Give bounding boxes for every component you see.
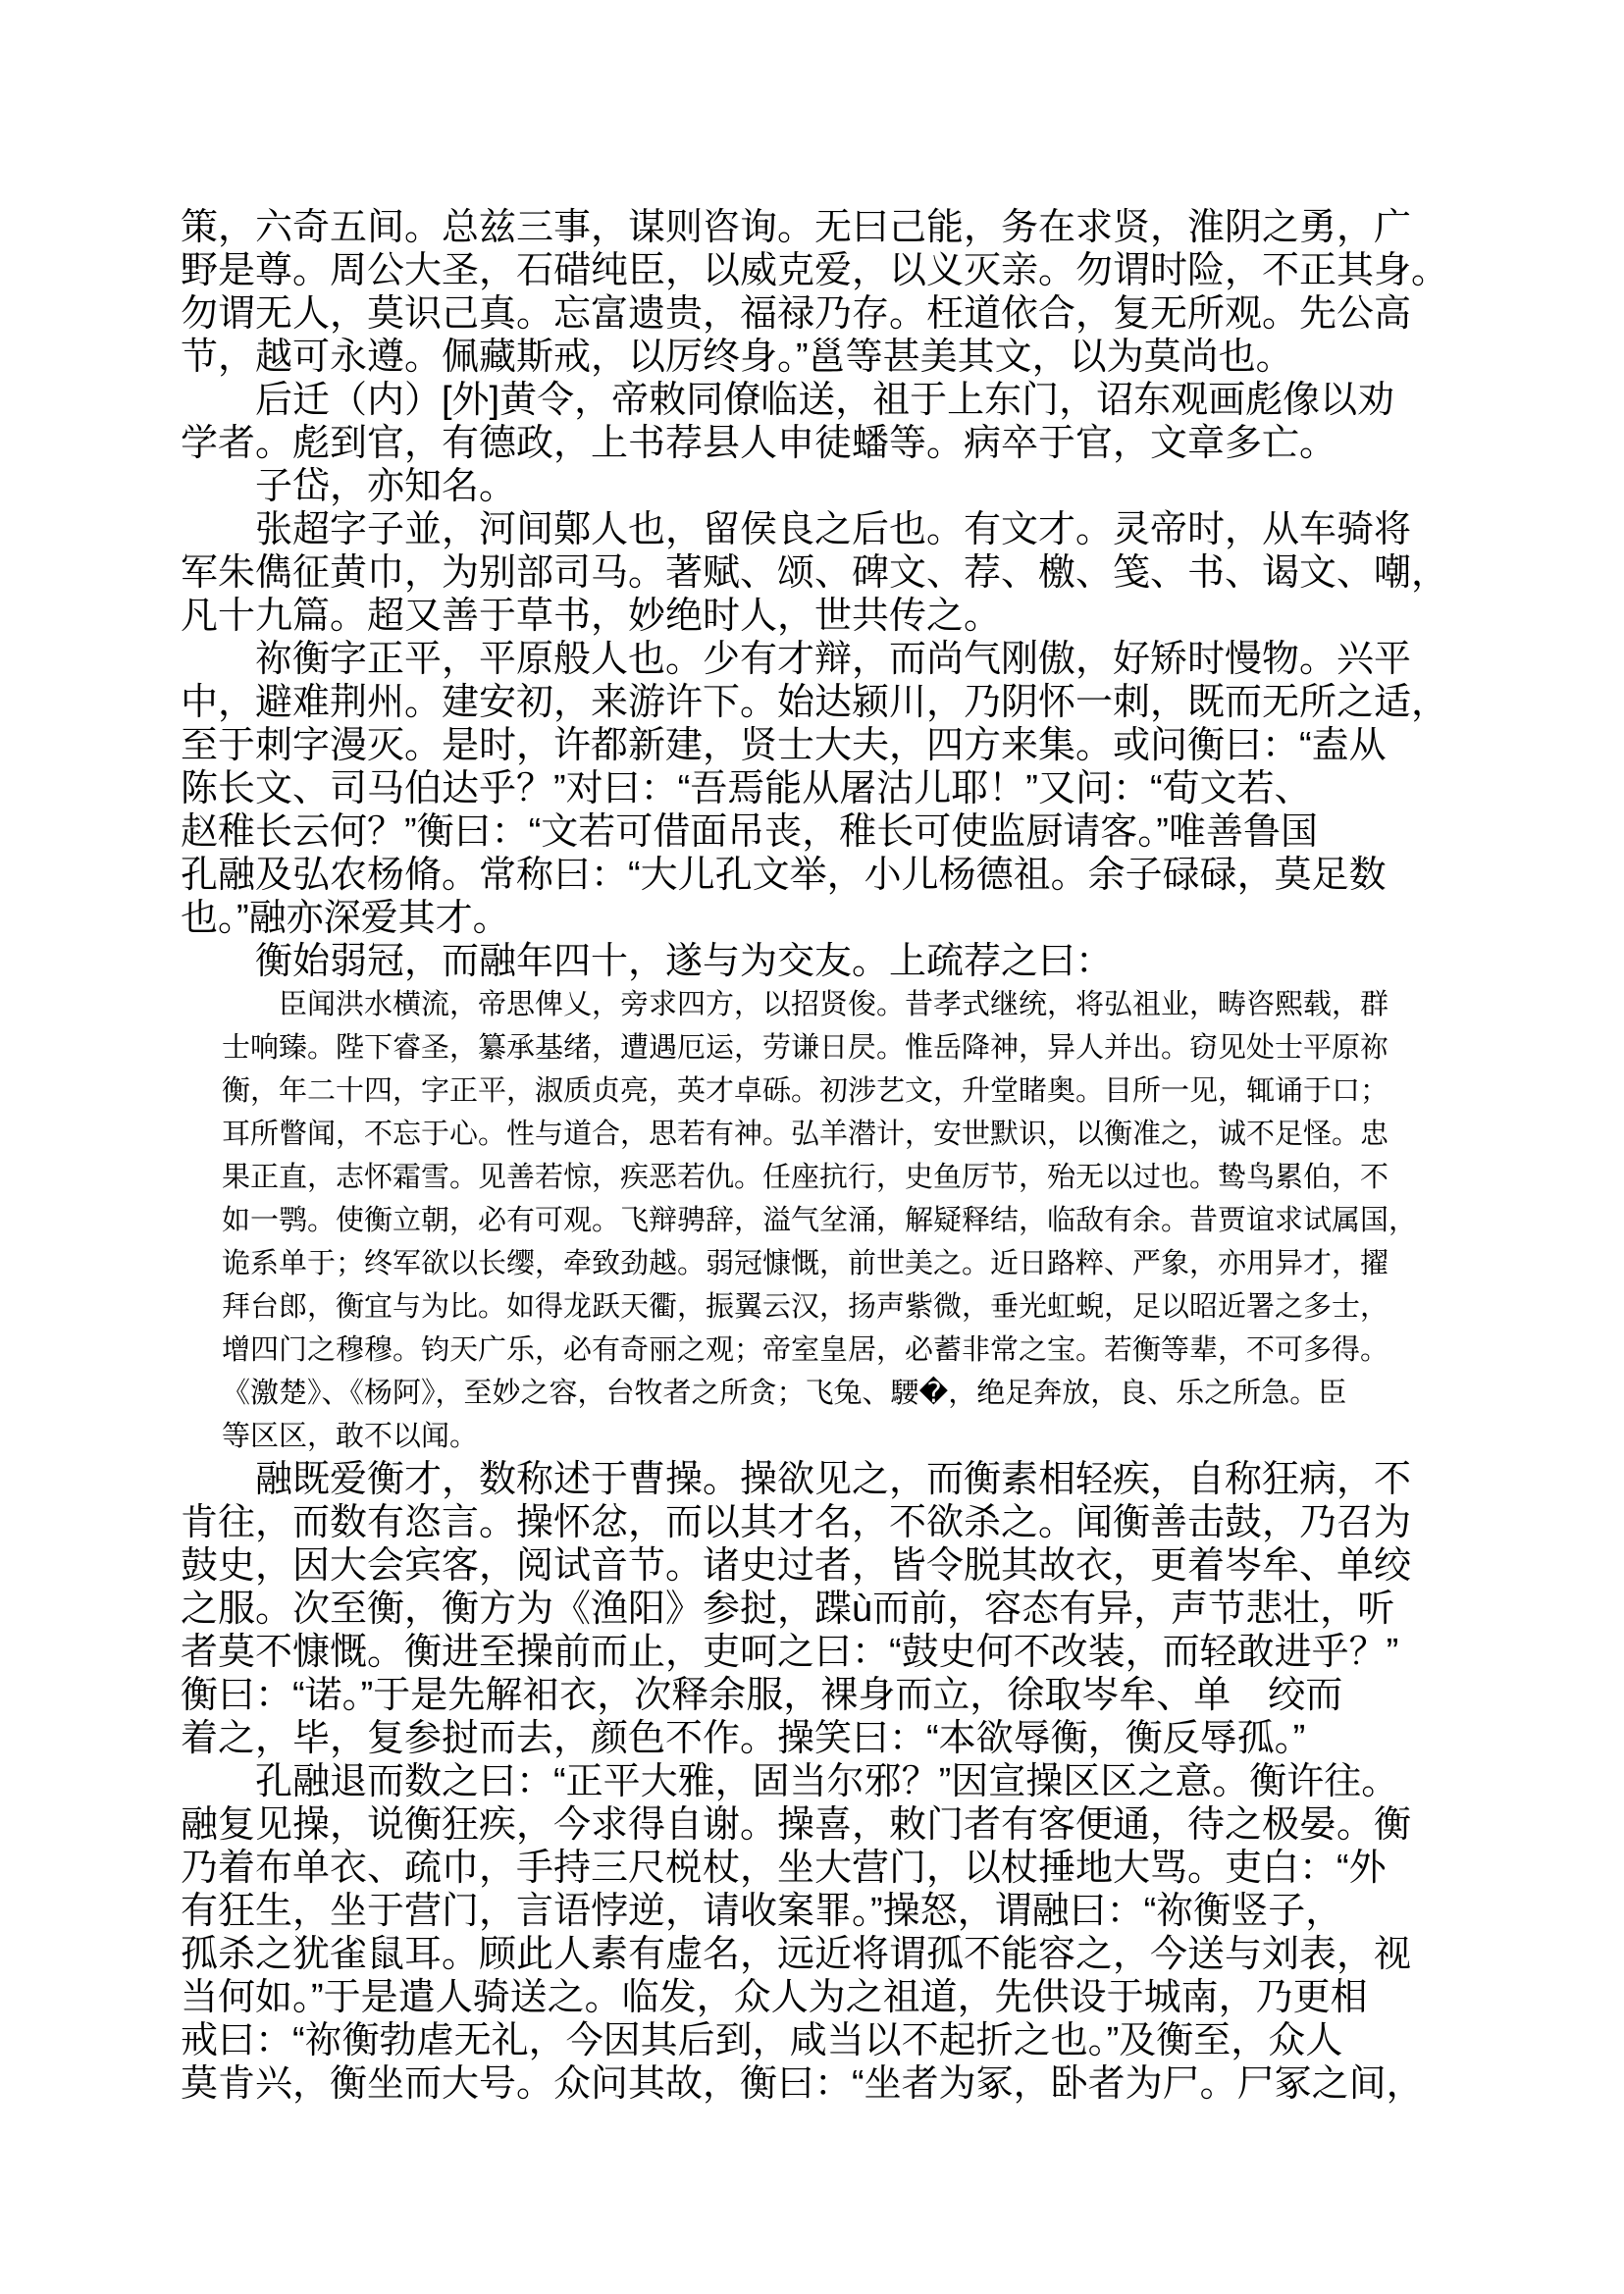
paragraph: 张超字子並，河间鄚人也，留侯良之后也。有文才。灵帝时，从车骑将军朱儁征黄巾，为别… xyxy=(181,508,1448,638)
text-line: 衡曰：“诺。”于是先解衵衣，次释余服，裸身而立，徐取岑牟、单 绞而 xyxy=(181,1674,1448,1717)
text-line: 野是尊。周公大圣，石碏纯臣，以威克爱，以义灭亲。勿谓时险，不正其身。 xyxy=(181,249,1448,292)
text-line: 也。”融亦深爱其才。 xyxy=(181,897,1448,940)
text-line: 孔融退而数之曰：“正平大雅，固当尔邪？”因宣操区区之意。衡许往。 xyxy=(181,1760,1448,1803)
text-line: 着之，毕，复参挝而去，颜色不作。操笑曰：“本欲辱衡，衡反辱孤。” xyxy=(181,1717,1448,1760)
paragraph: 融既爱衡才，数称述于曹操。操欲见之，而衡素相轻疾，自称狂病，不肯往，而数有恣言。… xyxy=(181,1458,1448,1760)
text-line: 乃着布单衣、疏巾，手持三尺棁杖，坐大营门，以杖捶地大骂。吏白：“外 xyxy=(181,1847,1448,1890)
text-line: 莫肯兴，衡坐而大号。众问其故，衡曰：“坐者为冢，卧者为尸。尸冢之间， xyxy=(181,2062,1448,2106)
text-line: 增四门之穆穆。钧天广乐，必有奇丽之观；帝室皇居，必蓄非常之宝。若衡等辈，不可多得… xyxy=(222,1329,1411,1372)
text-line: 至于刺字漫灭。是时，许都新建，贤士大夫，四方来集。或问衡曰：“盍从 xyxy=(181,724,1448,767)
text-line: 子岱，亦知名。 xyxy=(181,465,1448,508)
text-line: 张超字子並，河间鄚人也，留侯良之后也。有文才。灵帝时，从车骑将 xyxy=(181,508,1448,551)
paragraph: 后迁（内）[外]黄令，帝敕同僚临送，祖于上东门，诏东观画彪像以劝学者。彪到官，有… xyxy=(181,379,1448,465)
text-line: 衡始弱冠，而融年四十，遂与为交友。上疏荐之曰： xyxy=(181,940,1448,983)
text-line: 祢衡字正平，平原般人也。少有才辩，而尚气刚傲，好矫时慢物。兴平 xyxy=(181,638,1448,681)
text-line: 融既爱衡才，数称述于曹操。操欲见之，而衡素相轻疾，自称狂病，不 xyxy=(181,1458,1448,1501)
paragraph: 策，六奇五间。总兹三事，谋则咨询。无曰己能，务在求贤，淮阴之勇，广野是尊。周公大… xyxy=(181,206,1448,379)
paragraph: 衡始弱冠，而融年四十，遂与为交友。上疏荐之曰： xyxy=(181,940,1448,983)
paragraph: 祢衡字正平，平原般人也。少有才辩，而尚气刚傲，好矫时慢物。兴平中，避难荆州。建安… xyxy=(181,638,1448,940)
text-line: 者莫不慷慨。衡进至操前而止，吏呵之曰：“鼓史何不改装，而轻敢进乎？” xyxy=(181,1631,1448,1674)
text-line: 戒曰：“祢衡勃虐无礼，今因其后到，咸当以不起折之也。”及衡至，众人 xyxy=(181,2019,1448,2062)
text-block: 策，六奇五间。总兹三事，谋则咨询。无曰己能，务在求贤，淮阴之勇，广野是尊。周公大… xyxy=(181,206,1448,2106)
text-line: 鼓史，因大会宾客，阅试音节。诸史过者，皆令脱其故衣，更着岑牟、单绞 xyxy=(181,1544,1448,1588)
text-line: 之服。次至衡，衡方为《渔阳》参挝，蹀ù而前，容态有异，声节悲壮，听 xyxy=(181,1588,1448,1631)
document-page: 策，六奇五间。总兹三事，谋则咨询。无曰己能，务在求贤，淮阴之勇，广野是尊。周公大… xyxy=(0,0,1624,2294)
text-line: 陈长文、司马伯达乎？”对曰：“吾焉能从屠沽儿耶！”又问：“荀文若、 xyxy=(181,767,1448,810)
text-line: 等区区，敢不以闻。 xyxy=(222,1415,1411,1458)
block-quote: 臣闻洪水横流，帝思俾乂，旁求四方，以招贤俊。昔孝式继统，将弘祖业，畴咨熙载，群士… xyxy=(222,983,1411,1458)
text-line: 当何如。”于是遣人骑送之。临发，众人为之祖道，先供设于城南，乃更相 xyxy=(181,1976,1448,2019)
text-line: 中，避难荆州。建安初，来游许下。始达颍川，乃阴怀一刺，既而无所之适， xyxy=(181,681,1448,724)
paragraph: 子岱，亦知名。 xyxy=(181,465,1448,508)
text-line: 果正直，志怀霜雪。见善若惊，疾恶若仇。任座抗行，史鱼厉节，殆无以过也。鸷鸟累伯，… xyxy=(222,1156,1411,1199)
text-line: 后迁（内）[外]黄令，帝敕同僚临送，祖于上东门，诏东观画彪像以劝 xyxy=(181,379,1448,422)
text-line: 诡系单于；终军欲以长缨，牵致劲越。弱冠慷慨，前世美之。近日路粹、严象，亦用异才，… xyxy=(222,1242,1411,1285)
text-line: 节，越可永遵。佩藏斯戒，以厉终身。”邕等甚美其文，以为莫尚也。 xyxy=(181,336,1448,379)
text-line: 肯往，而数有恣言。操怀忿，而以其才名，不欲杀之。闻衡善击鼓，乃召为 xyxy=(181,1501,1448,1544)
text-line: 衡，年二十四，字正平，淑质贞亮，英才卓砾。初涉艺文，升堂睹奥。目所一见，辄诵于口… xyxy=(222,1069,1411,1113)
text-line: 臣闻洪水横流，帝思俾乂，旁求四方，以招贤俊。昔孝式继统，将弘祖业，畴咨熙载，群 xyxy=(222,983,1411,1026)
text-line: 孤杀之犹雀鼠耳。顾此人素有虚名，远近将谓孤不能容之，今送与刘表，视 xyxy=(181,1933,1448,1976)
text-line: 士响臻。陛下睿圣，纂承基绪，遭遇厄运，劳谦日昃。惟岳降神，异人并出。窃见处士平原… xyxy=(222,1026,1411,1069)
text-line: 有狂生，坐于营门，言语悖逆，请收案罪。”操怒，谓融曰：“祢衡竖子， xyxy=(181,1890,1448,1933)
text-line: 赵稚长云何？”衡曰：“文若可借面吊丧，稚长可使监厨请客。”唯善鲁国 xyxy=(181,810,1448,854)
text-line: 军朱儁征黄巾，为别部司马。著赋、颂、碑文、荐、檄、笺、书、谒文、嘲， xyxy=(181,551,1448,595)
paragraph: 孔融退而数之曰：“正平大雅，固当尔邪？”因宣操区区之意。衡许往。融复见操，说衡狂… xyxy=(181,1760,1448,2106)
text-line: 耳所瞥闻，不忘于心。性与道合，思若有神。弘羊潜计，安世默识，以衡准之，诚不足怪。… xyxy=(222,1113,1411,1156)
text-line: 策，六奇五间。总兹三事，谋则咨询。无曰己能，务在求贤，淮阴之勇，广 xyxy=(181,206,1448,249)
text-line: 融复见操，说衡狂疾，今求得自谢。操喜，敕门者有客便通，待之极晏。衡 xyxy=(181,1803,1448,1847)
text-line: 拜台郎，衡宜与为比。如得龙跃天衢，振翼云汉，扬声紫微，垂光虹蜺，足以昭近署之多士… xyxy=(222,1285,1411,1329)
text-line: 学者。彪到官，有德政，上书荐县人申徒蟠等。病卒于官，文章多亡。 xyxy=(181,422,1448,465)
text-line: 《激楚》、《杨阿》，至妙之容，台牧者之所贪；飞兔、騕�，绝足奔放，良、乐之所急。… xyxy=(222,1372,1411,1415)
text-line: 孔融及弘农杨脩。常称曰：“大儿孔文举，小儿杨德祖。余子碌碌，莫足数 xyxy=(181,854,1448,897)
text-line: 凡十九篇。超又善于草书，妙绝时人，世共传之。 xyxy=(181,595,1448,638)
text-line: 如一鹗。使衡立朝，必有可观。飞辩骋辞，溢气坌涌，解疑释结，临敌有余。昔贾谊求试属… xyxy=(222,1199,1411,1242)
text-line: 勿谓无人，莫识己真。忘富遗贵，福禄乃存。枉道依合，复无所观。先公高 xyxy=(181,292,1448,336)
